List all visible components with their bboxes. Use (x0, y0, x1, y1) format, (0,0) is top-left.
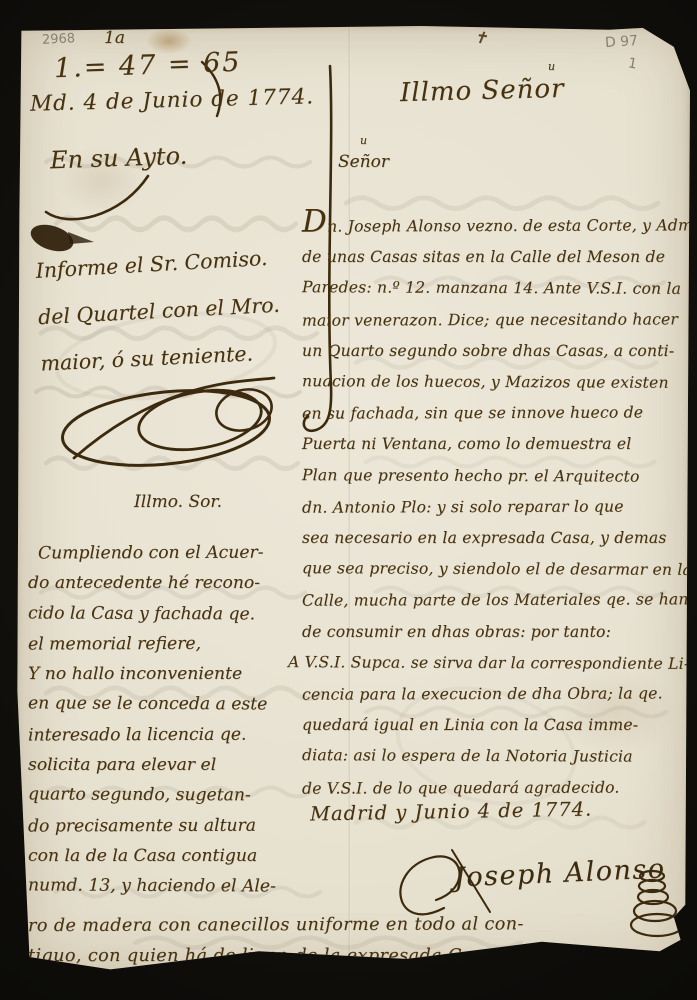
docket-number: 1.= 47 = 65 (54, 47, 242, 85)
petition-line: sea necesario en la expresada Casa, y de… (302, 523, 690, 554)
petition-line: diata: asi lo espera de la Notoria Justi… (302, 741, 690, 774)
petition-date-line: Madrid y Junio 4 de 1774. (310, 798, 593, 826)
petition-line: Puerta ni Ventana, como lo demuestra el (302, 429, 690, 460)
petition-line: de unas Casas sitas en la Calle del Meso… (302, 242, 690, 273)
report-heading: Illmo. Sor. (134, 492, 222, 512)
petition-line: que sea preciso, y siendolo el de desarm… (302, 553, 690, 586)
session-note-swash (46, 176, 148, 219)
report-line: do antecedente hé recono- (28, 568, 304, 598)
corner-reference: D 97 (604, 33, 638, 51)
margin-addressee: Señor (338, 152, 389, 172)
petition-line: de consumir en dhas obras: por tanto: (302, 617, 690, 648)
session-note: En su Ayto. (50, 142, 188, 175)
report-line: solicita para elevar el (28, 750, 304, 780)
petition-line: quedará igual en Linia con la Casa imme- (302, 710, 690, 741)
petition-line: en su fachada, sin que se innove hueco d… (302, 398, 690, 431)
petition-line: Dn. Joseph Alonso vezno. de esta Corte, … (302, 205, 690, 243)
decree-note: Informe el Sr. Comiso.del Quartel con el… (35, 233, 320, 388)
report-line: el memorial refiere, (28, 628, 304, 659)
date-heading: Md. 4 de Junio de 1774. (30, 84, 315, 116)
petition-line: Paredes: n.º 12. manzana 14. Ante V.S.I.… (302, 273, 690, 306)
petition-line: dn. Antonio Plo: y si solo reparar lo qu… (302, 491, 690, 524)
footer-line: ro de madera con canecillos uniforme en … (28, 909, 648, 942)
petition-line: maior venerazon. Dice; que necesitando h… (302, 304, 690, 337)
report-line: quarto segundo, sugetan- (28, 780, 304, 812)
petition-line: Calle, mucha parte de los Materiales qe.… (302, 585, 690, 618)
report-paragraph: Cumpliendo con el Acuer-do antecedente h… (28, 538, 304, 902)
manuscript-page: 2968 1a 1.= 47 = 65 ✝ D 97 1 Md. 4 de Ju… (16, 26, 690, 976)
decree-rubric (59, 378, 276, 475)
petition-paragraph: Dn. Joseph Alonso vezno. de esta Corte, … (302, 206, 690, 804)
report-line: Y no hallo inconveniente (28, 659, 304, 689)
margin-addressee-abbreviation-mark: u (360, 134, 367, 147)
corner-number: 1 (627, 55, 639, 72)
report-line: cido la Casa y fachada qe. (28, 598, 304, 630)
footer-paragraph: ro de madera con canecillos uniforme en … (28, 910, 648, 972)
report-line: do precisamente su altura (28, 810, 304, 841)
addressee-heading: Illmo Señor (400, 74, 565, 108)
petition-line: cencia para la execucion de dha Obra; la… (302, 678, 690, 711)
pencil-inventory-number: 2968 (42, 31, 76, 48)
report-line: con la de la Casa contigua (28, 841, 304, 871)
petition-line: nuacion de los huecos, y Mazizos que exi… (302, 366, 690, 399)
report-line: en que se le conceda a este (28, 689, 304, 721)
photograph-background: 2968 1a 1.= 47 = 65 ✝ D 97 1 Md. 4 de Ju… (0, 0, 697, 1000)
footer-line: tiguo, con quien há de ligar, de la expr… (28, 941, 648, 972)
petition-line: un Quarto segundo sobre dhas Casas, a co… (302, 336, 690, 367)
petition-line: A V.S.I. Supca. se sirva dar la correspo… (288, 647, 690, 680)
invocation-cross: ✝ (473, 27, 489, 48)
petition-line: Plan que presento hecho pr. el Arquitect… (302, 460, 690, 493)
signature: Joseph Alonso (453, 853, 666, 893)
folio-mark: 1a (104, 28, 125, 48)
report-line: numd. 13, y haciendo el Ale- (28, 871, 304, 903)
report-line: interesado la licencia qe. (28, 719, 304, 750)
addressee-abbreviation-mark: u (548, 60, 555, 73)
report-line: Cumpliendo con el Acuer- (28, 538, 304, 569)
